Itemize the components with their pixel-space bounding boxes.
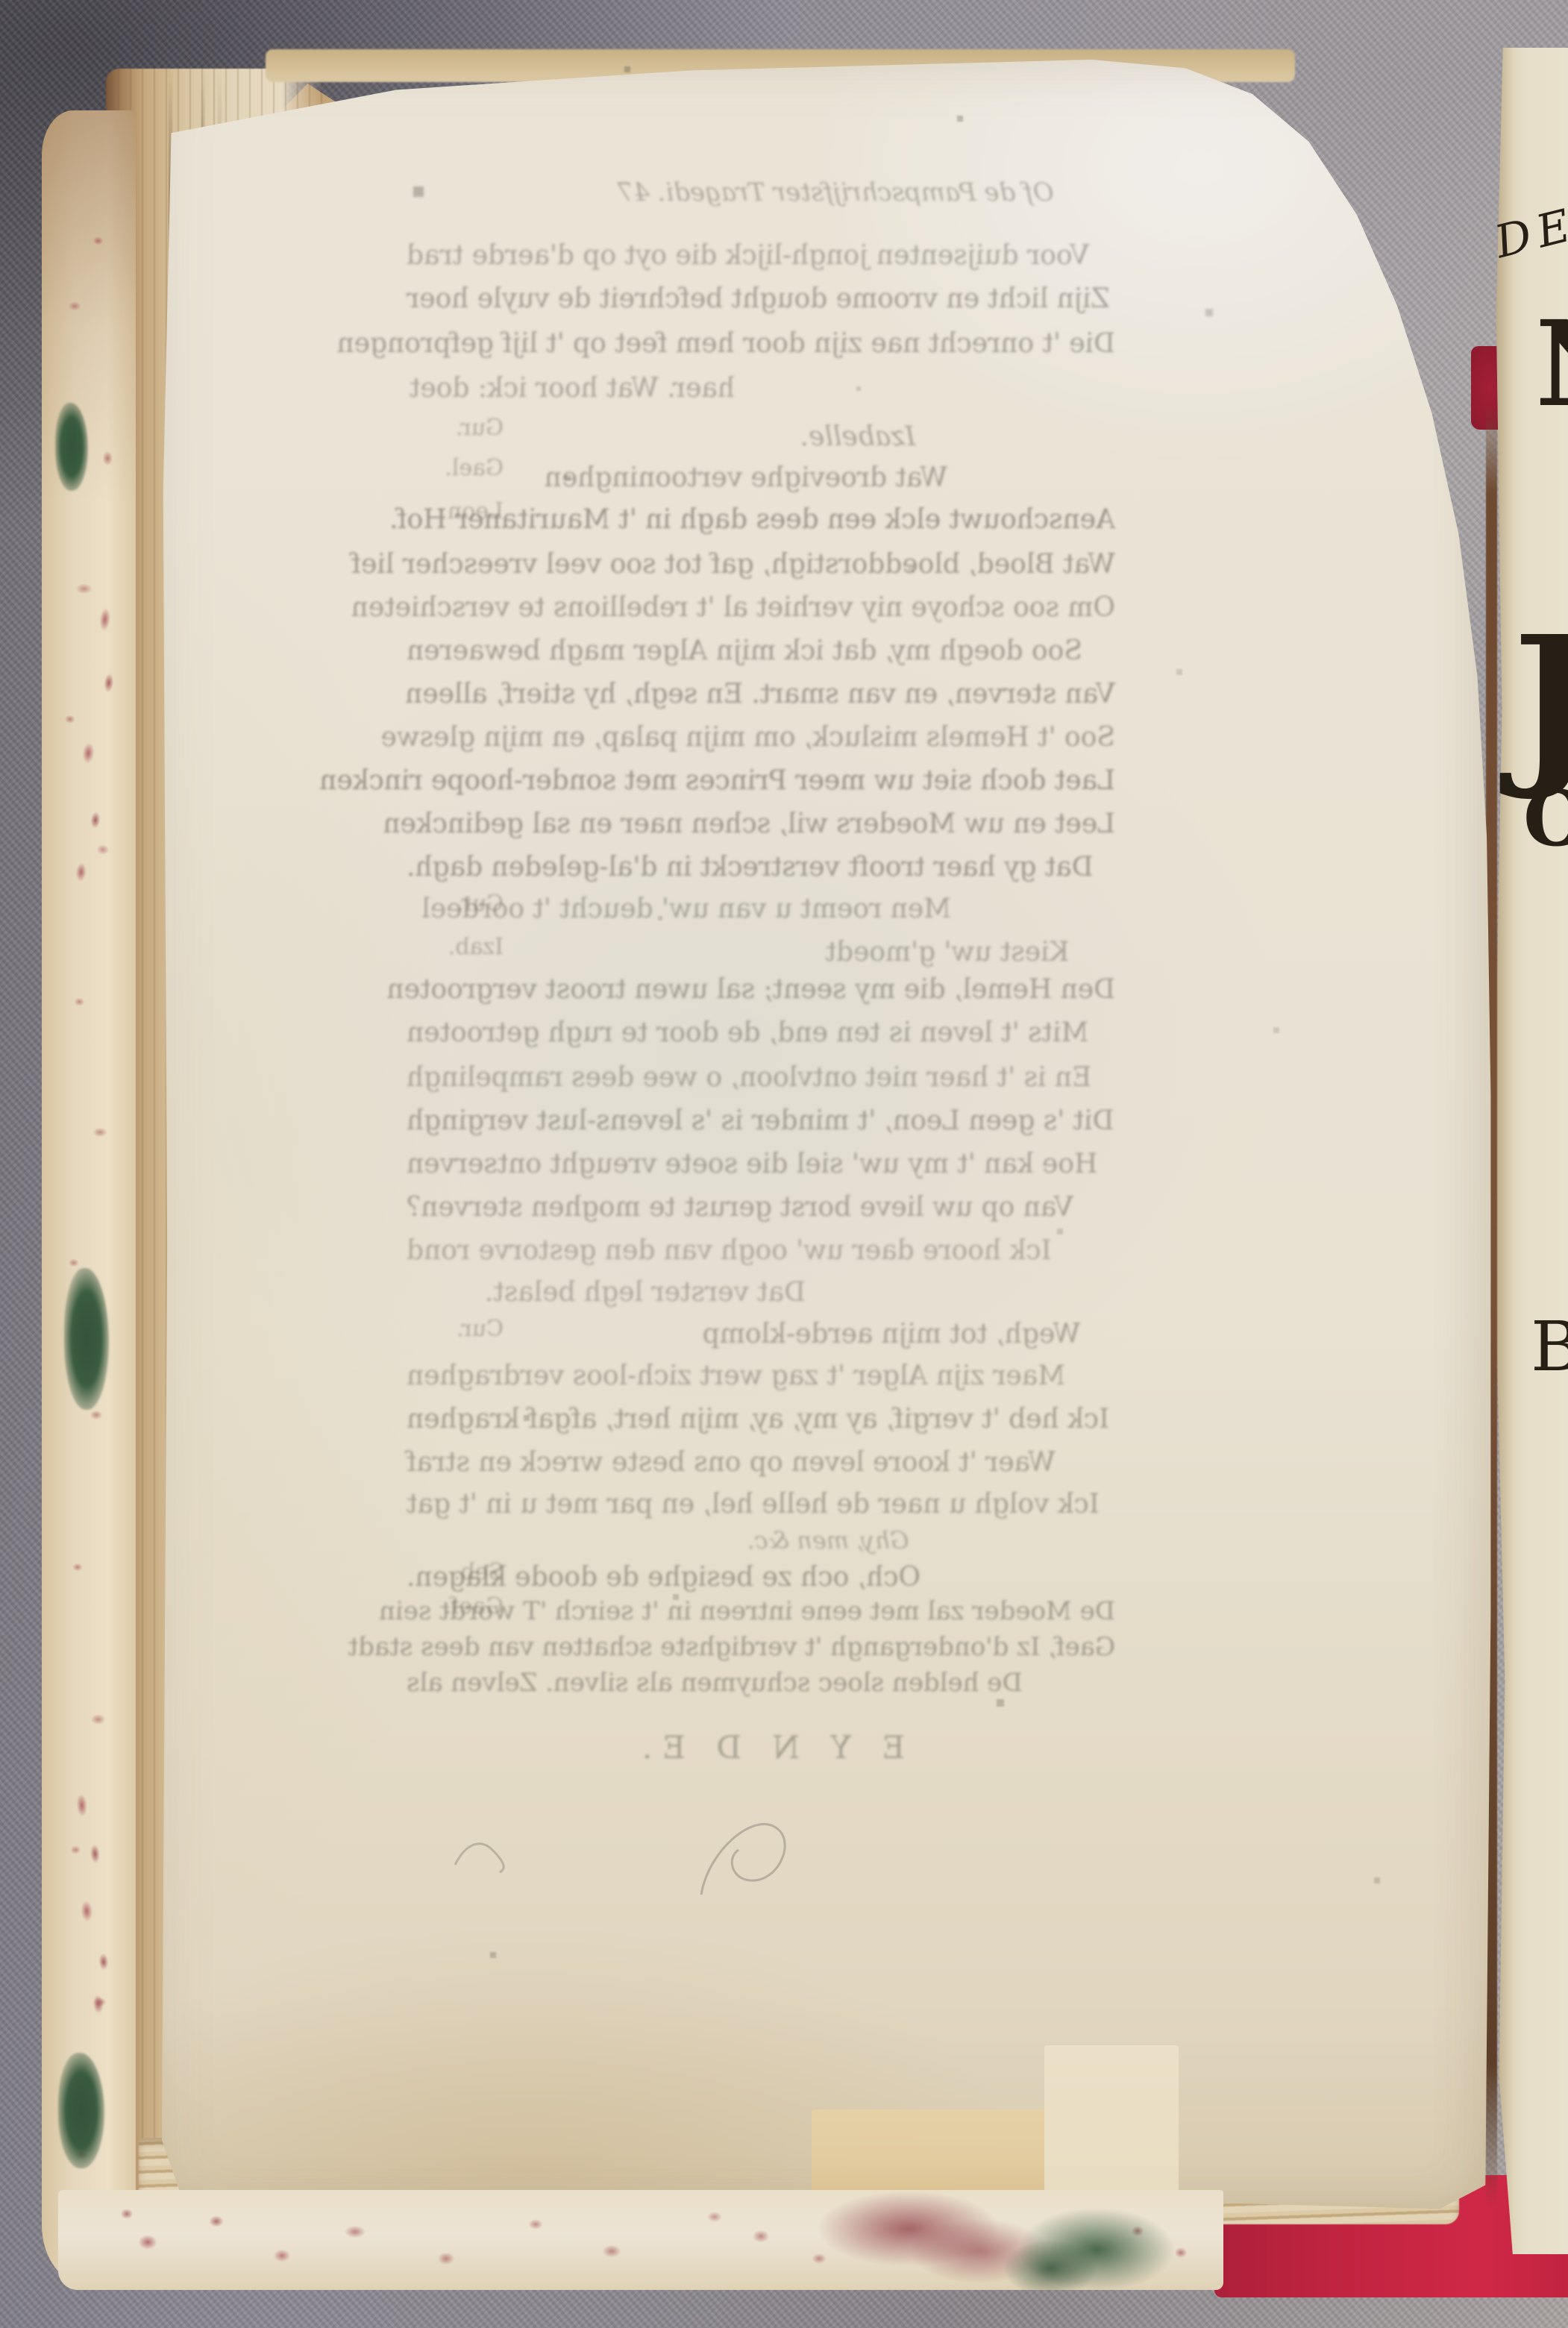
book-photograph: DE N J O B Of de Pampschrijfster Tragedi… [0,0,1568,2328]
title-letter-o: O [1523,774,1568,864]
pencil-mark [448,1827,515,1880]
marble-green-blotch [55,403,88,491]
paper-specks [0,0,1,1]
title-letter-j: J [1513,597,1568,804]
bottom-marbled-edge [58,2190,1223,2290]
repair-patch-left [812,2109,1046,2202]
pencil-mark [686,1805,821,1910]
title-letter-b: B [1531,1307,1568,1387]
title-letter-n: N [1535,295,1568,433]
blank-verso-page [155,60,1493,2215]
